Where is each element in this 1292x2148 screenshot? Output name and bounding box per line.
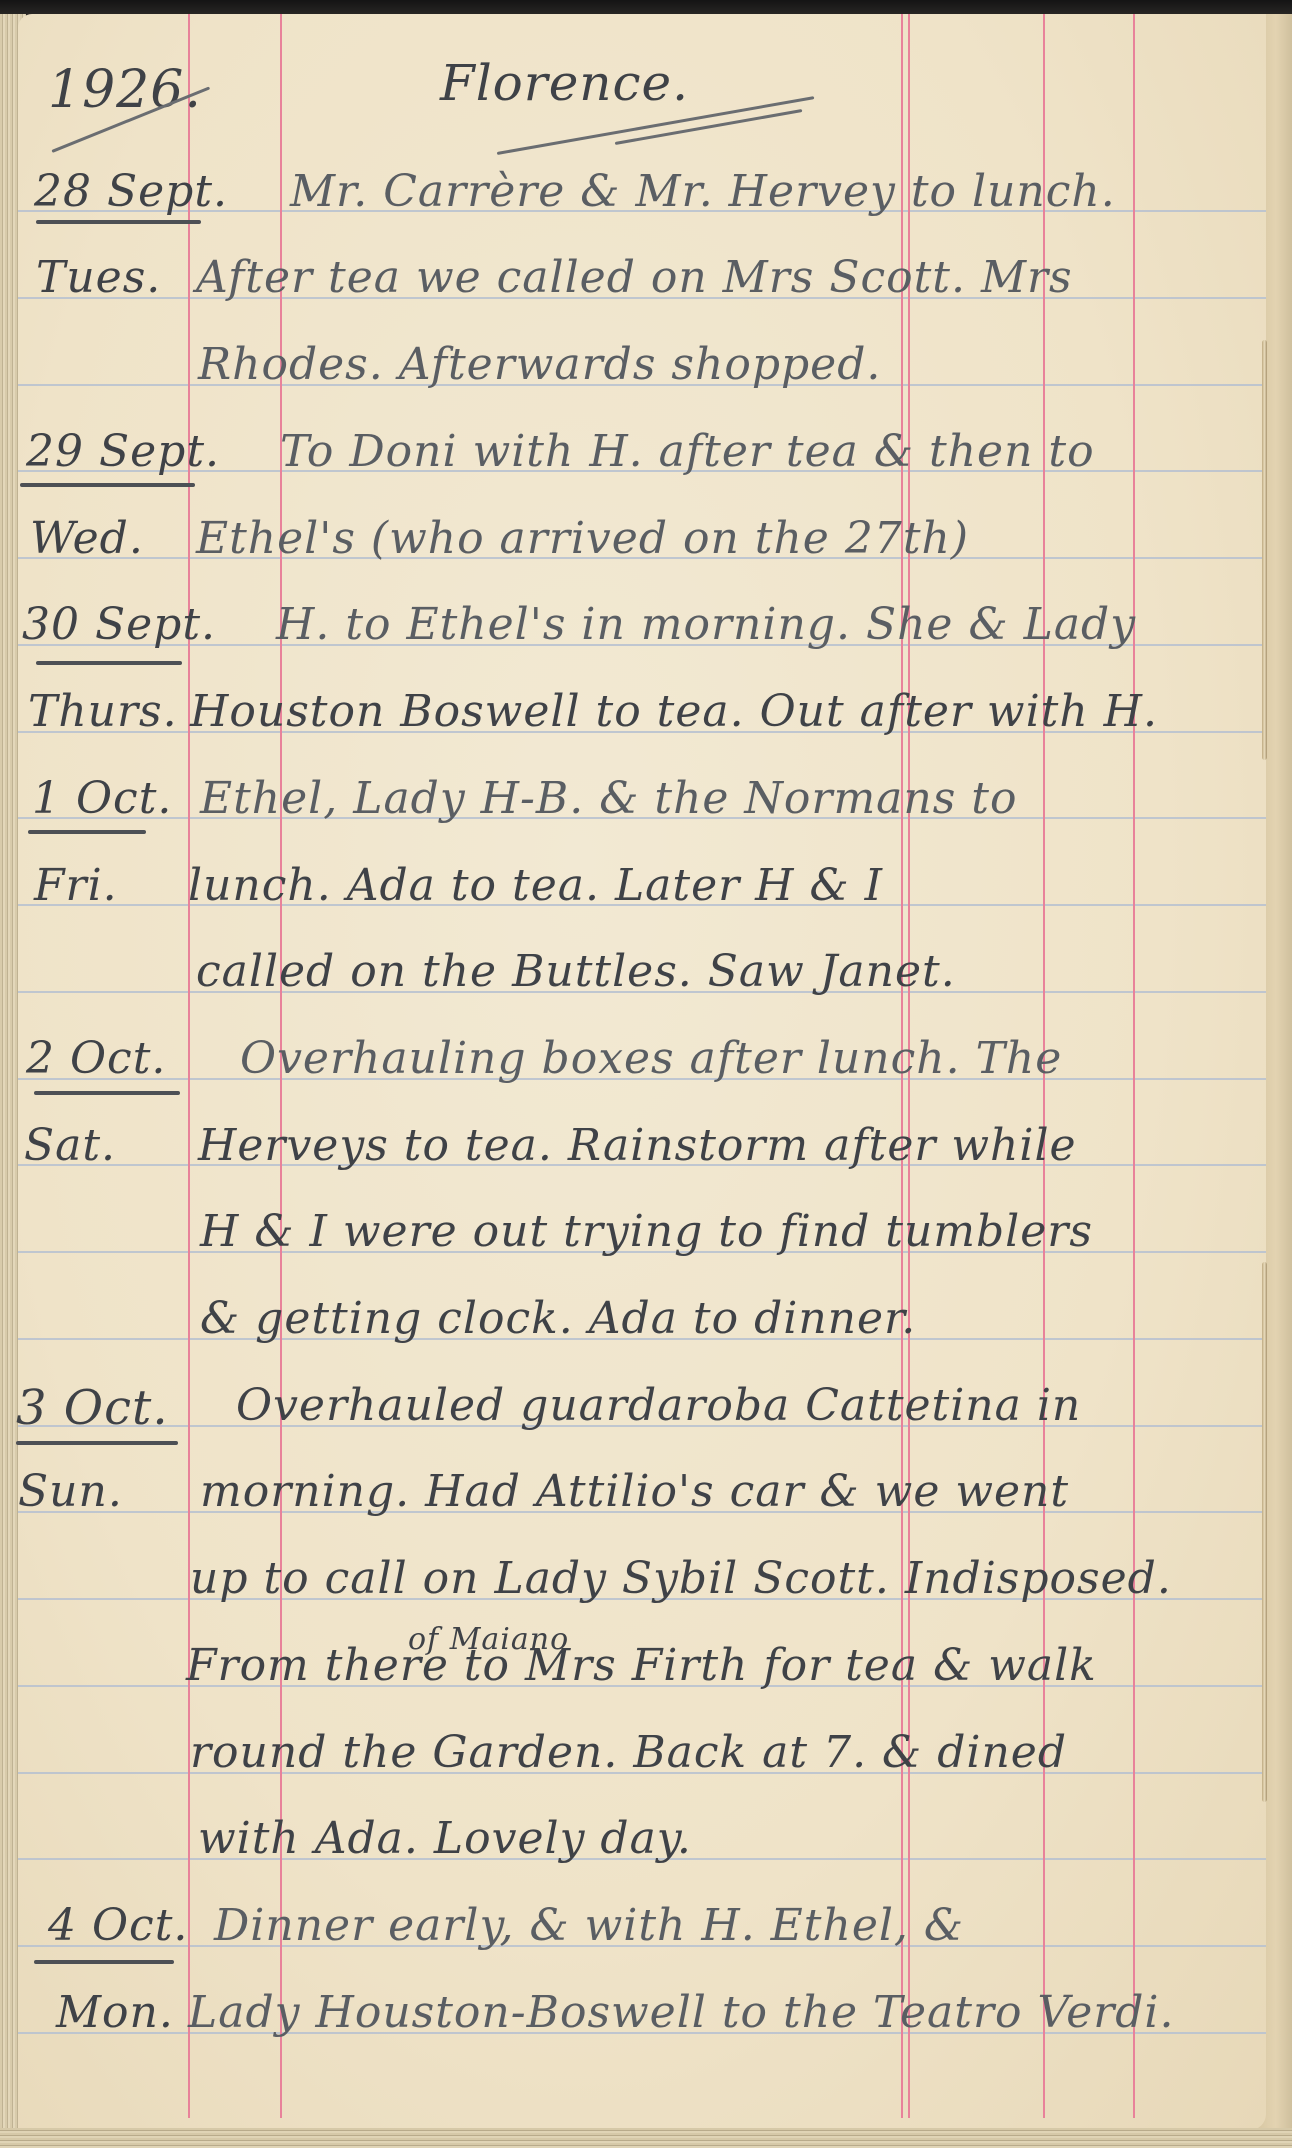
entry-date: 28 Sept. <box>34 170 228 214</box>
entry-text-line: Ethel, Lady H-B. & the Normans to <box>200 777 1017 821</box>
entry-text-line: round the Garden. Back at 7. & dined <box>190 1731 1067 1775</box>
entry-text-line: up to call on Lady Sybil Scott. Indispos… <box>190 1557 1172 1601</box>
entry-date: 3 Oct. <box>16 1384 169 1432</box>
entry-weekday: Tues. <box>36 256 161 300</box>
entry-date: 2 Oct. <box>26 1037 166 1081</box>
entry-weekday: Thurs. <box>28 690 178 734</box>
margin-line <box>1133 14 1135 2118</box>
entry-weekday: Sat. <box>24 1124 116 1168</box>
entry-date: 30 Sept. <box>22 603 216 647</box>
entry-weekday: Sun. <box>18 1470 123 1514</box>
entry-text-line: H & I were out trying to find tumblers <box>200 1210 1093 1254</box>
entry-text-line: Herveys to tea. Rainstorm after while <box>198 1124 1077 1168</box>
date-underline <box>28 830 146 834</box>
entry-text-line: Mr. Carrère & Mr. Hervey to lunch. <box>290 170 1116 214</box>
binding-thread <box>1262 1262 1267 1802</box>
entry-text-line: Overhauling boxes after lunch. The <box>240 1037 1062 1081</box>
location-heading: Florence. <box>440 58 689 108</box>
entry-text-line: Houston Boswell to tea. Out after with H… <box>190 690 1158 734</box>
date-underline <box>34 1091 180 1095</box>
entry-date: 4 Oct. <box>48 1904 188 1948</box>
entry-text-line: Ethel's (who arrived on the 27th) <box>196 517 969 561</box>
year-heading: 1926. <box>48 64 202 116</box>
page-stack-edge-bottom <box>0 2128 1292 2148</box>
entry-text-line: Dinner early, & with H. Ethel, & <box>214 1904 964 1948</box>
entry-text-line: called on the Buttles. Saw Janet. <box>196 950 956 994</box>
entry-text-line: Lady Houston-Boswell to the Teatro Verdi… <box>188 1991 1174 2035</box>
entry-text-line: with Ada. Lovely day. <box>198 1817 692 1861</box>
entry-date: 1 Oct. <box>32 777 172 821</box>
entry-text-line: Rhodes. Afterwards shopped. <box>198 343 881 387</box>
entry-text-line: lunch. Ada to tea. Later H & I <box>188 864 883 908</box>
date-underline <box>16 1441 178 1445</box>
entry-date: 29 Sept. <box>26 430 220 474</box>
date-underline <box>36 661 182 665</box>
binding-thread <box>1262 340 1267 760</box>
date-underline <box>36 220 201 224</box>
entry-text-line: After tea we called on Mrs Scott. Mrs <box>196 256 1073 300</box>
entry-weekday: Fri. <box>34 864 118 908</box>
entry-weekday: Wed. <box>30 517 144 561</box>
entry-text-line: & getting clock. Ada to dinner. <box>200 1297 916 1341</box>
entry-text-line: H. to Ethel's in morning. She & Lady <box>276 603 1136 647</box>
entry-text-line: Overhauled guardaroba Cattetina in <box>236 1384 1081 1428</box>
entry-weekday: Mon. <box>56 1991 174 2035</box>
date-underline <box>20 483 195 487</box>
margin-line <box>188 14 190 2118</box>
entry-text-line: morning. Had Attilio's car & we went <box>200 1470 1069 1514</box>
entry-text-line: To Doni with H. after tea & then to <box>280 430 1095 474</box>
entry-text-line: From there to Mrs Firth for tea & walk <box>186 1644 1097 1688</box>
date-underline <box>34 1960 174 1964</box>
